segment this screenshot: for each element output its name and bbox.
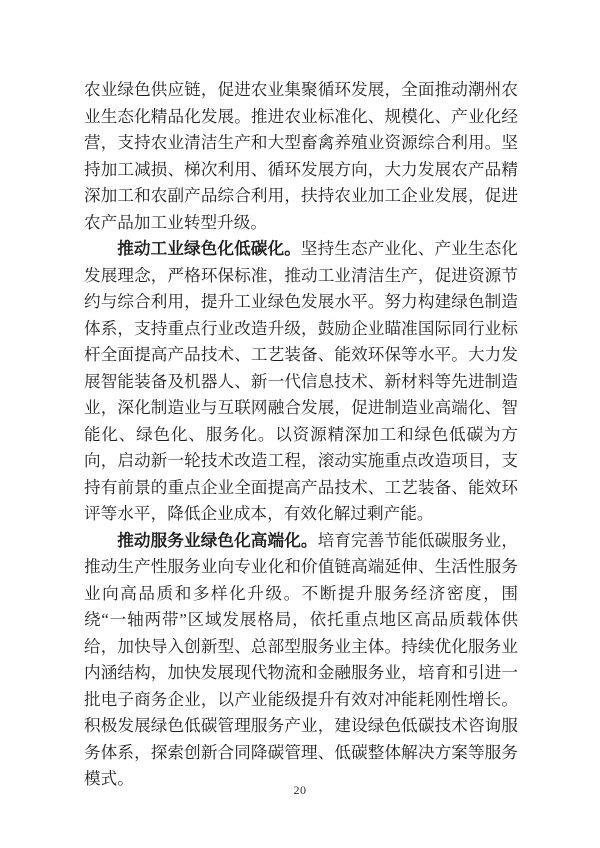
paragraph-lead: 推动工业绿色化低碳化。 — [117, 239, 301, 258]
paragraph-agriculture: 农业绿色供应链，促进农业集聚循环发展，全面推动潮州农业生态化精品化发展。推进农业… — [84, 77, 518, 236]
paragraph-text: 坚持生态产业化、产业生态化发展理念，严格环保标准，推动工业清洁生产，促进资源节约… — [84, 239, 518, 523]
paragraph-text: 培育完善节能低碳服务业，推动生产性服务业向专业化和价值链高端延伸、生活性服务业向… — [84, 531, 518, 789]
document-body: 农业绿色供应链，促进农业集聚循环发展，全面推动潮州农业生态化精品化发展。推进农业… — [84, 77, 518, 793]
paragraph-text: 农业绿色供应链，促进农业集聚循环发展，全面推动潮州农业生态化精品化发展。推进农业… — [84, 80, 518, 232]
page-number: 20 — [0, 783, 600, 798]
paragraph-industry: 推动工业绿色化低碳化。坚持生态产业化、产业生态化发展理念，严格环保标准，推动工业… — [84, 236, 518, 528]
paragraph-services: 推动服务业绿色化高端化。培育完善节能低碳服务业，推动生产性服务业向专业化和价值链… — [84, 528, 518, 793]
document-page: 农业绿色供应链，促进农业集聚循环发展，全面推动潮州农业生态化精品化发展。推进农业… — [0, 0, 600, 848]
paragraph-lead: 推动服务业绿色化高端化。 — [117, 531, 317, 550]
